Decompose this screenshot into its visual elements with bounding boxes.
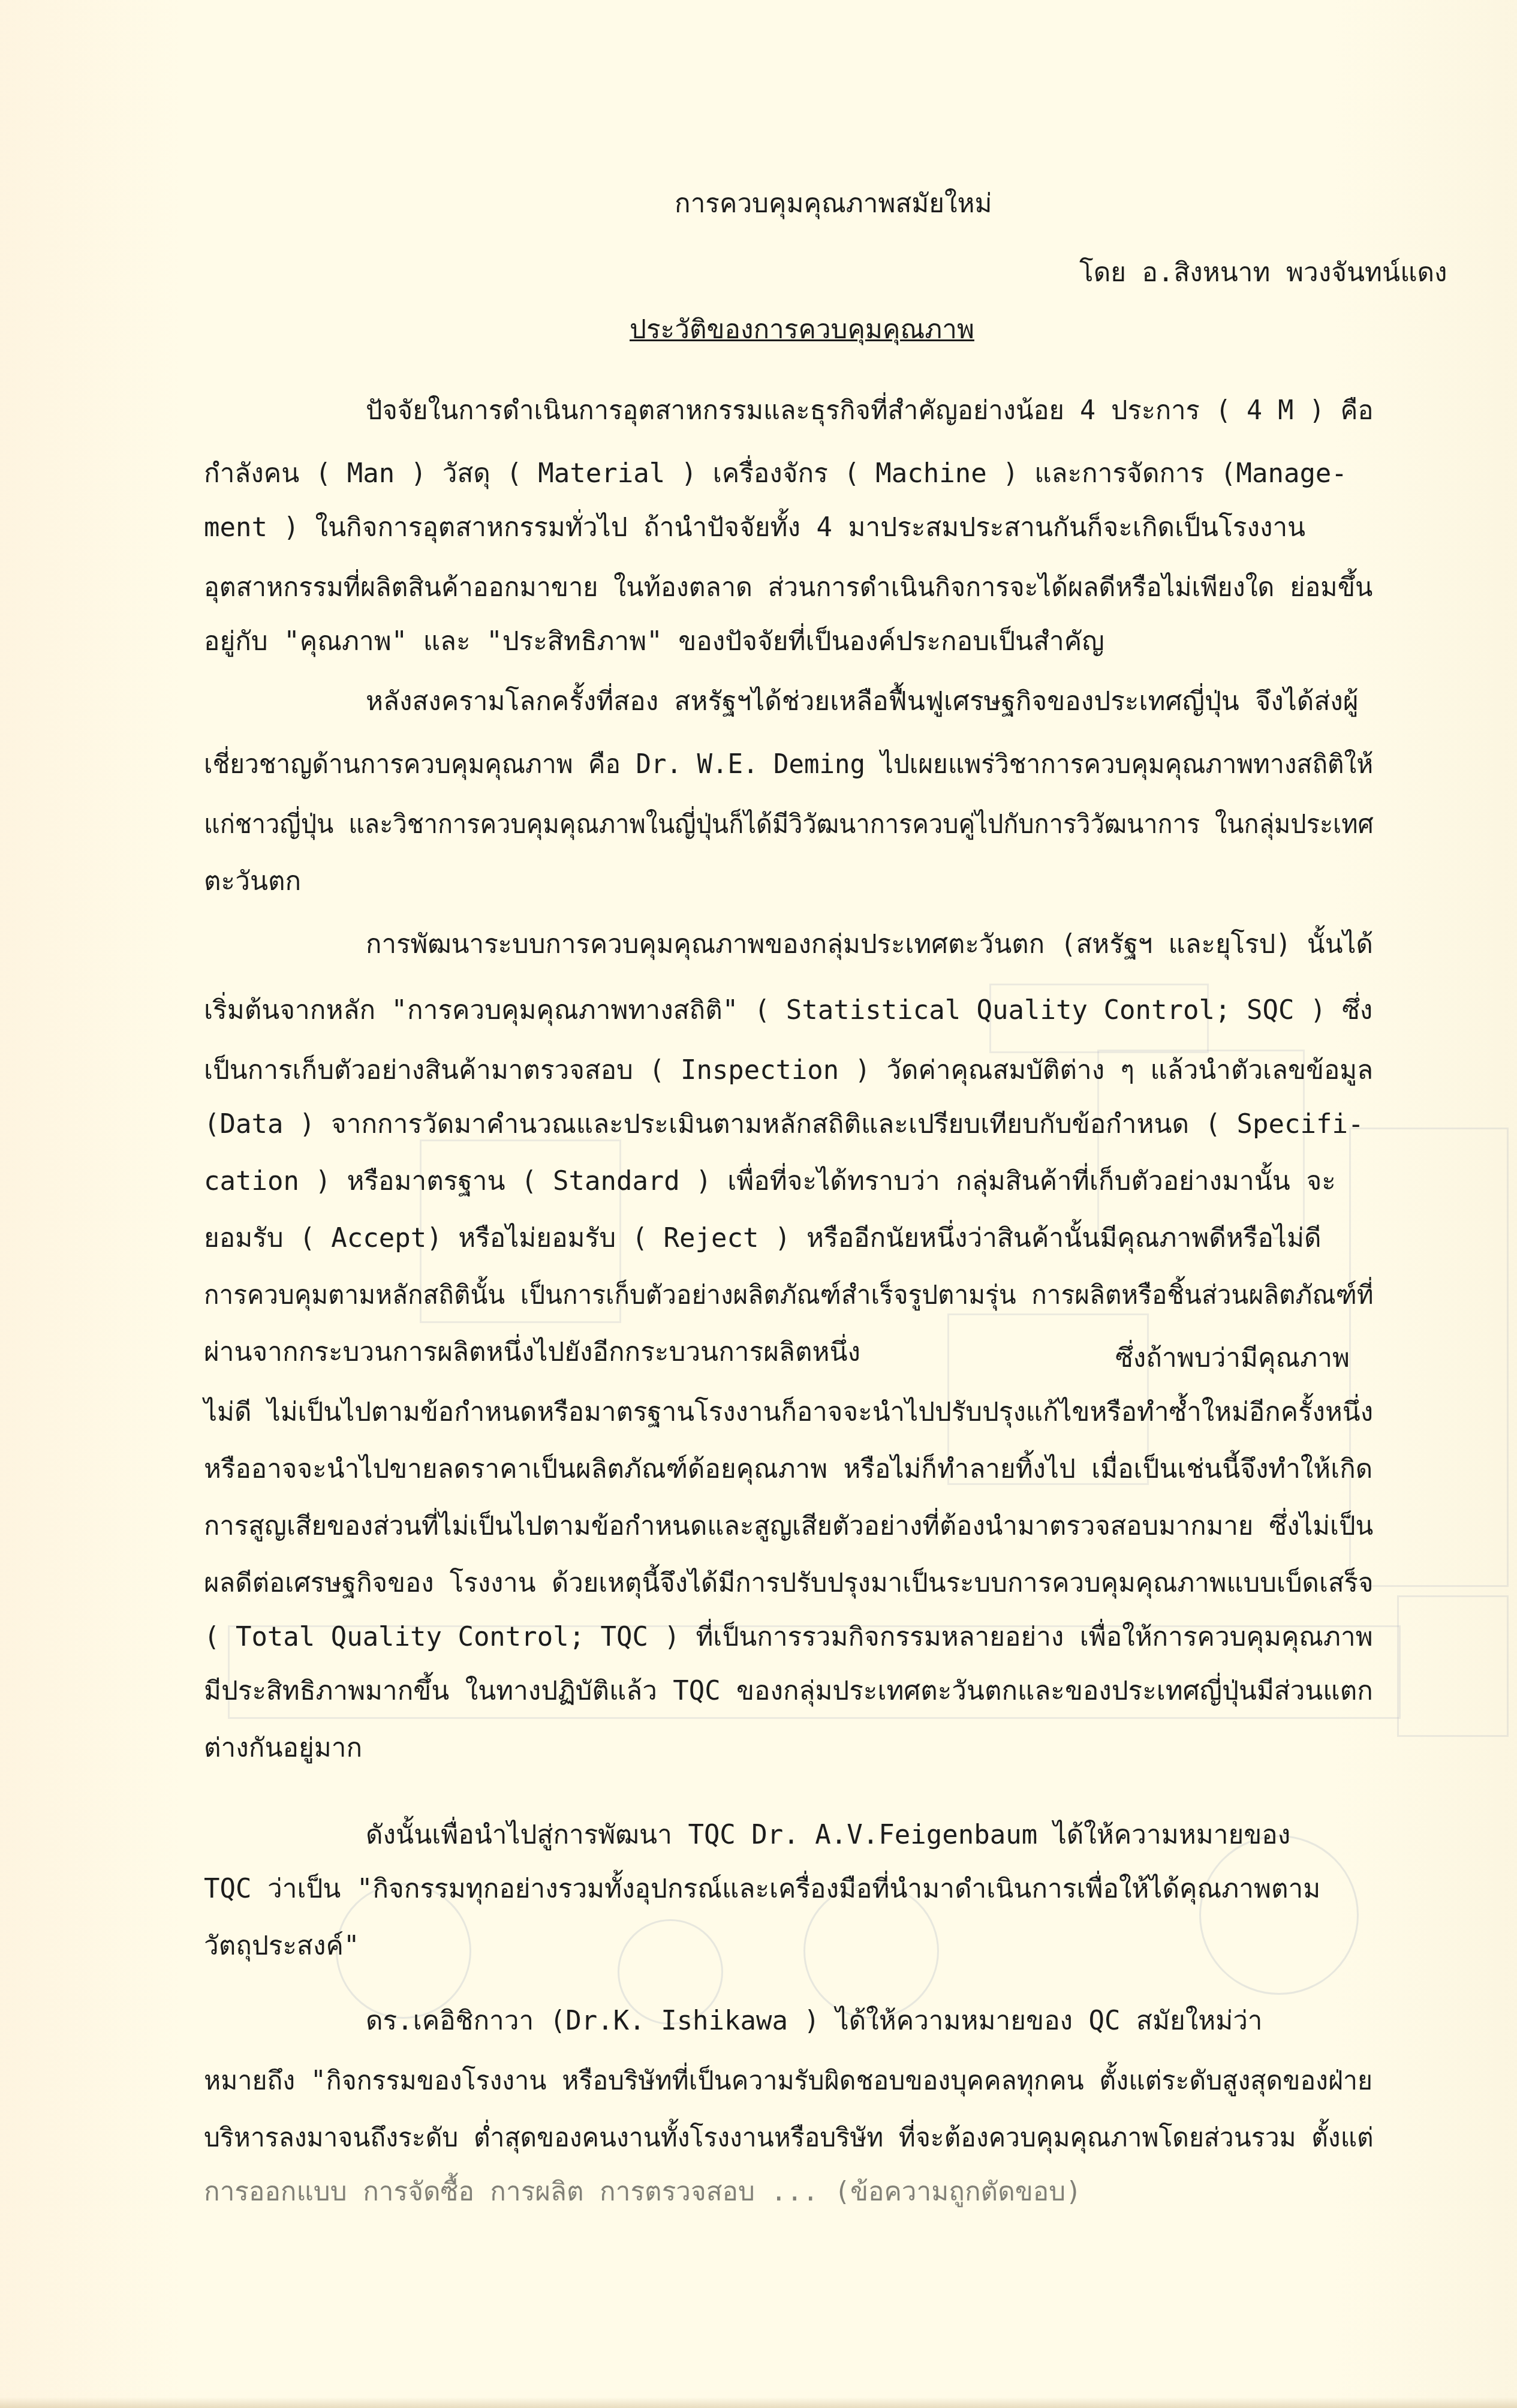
text-line: วัตถุประสงค์" bbox=[204, 1928, 359, 1964]
text-line: ซึ่งถ้าพบว่ามีคุณภาพ bbox=[1115, 1340, 1350, 1376]
author-line: โดย อ.สิงหนาท พวงจันทน์แดง bbox=[1079, 255, 1447, 291]
text-line: เป็นการเก็บตัวอย่างสินค้ามาตรวจสอบ ( Ins… bbox=[204, 1053, 1373, 1089]
text-line: การพัฒนาระบบการควบคุมคุณภาพของกลุ่มประเท… bbox=[366, 927, 1373, 963]
text-line: การควบคุมตามหลักสถิตินั้น เป็นการเก็บตัว… bbox=[204, 1277, 1374, 1313]
text-line: cation ) หรือมาตรฐาน ( Standard ) เพื่อท… bbox=[204, 1164, 1336, 1200]
text-line: อุตสาหกรรมที่ผลิตสินค้าออกมาขาย ในท้องตล… bbox=[204, 570, 1372, 606]
text-line: ผ่านจากกระบวนการผลิตหนึ่งไปยังอีกกระบวนก… bbox=[204, 1334, 860, 1370]
paper-bottom-edge bbox=[0, 2397, 1517, 2408]
section-heading: ประวัติของการควบคุมคุณภาพ bbox=[630, 312, 974, 348]
text-line: หมายถึง "กิจกรรมของโรงงาน หรือบริษัทที่เ… bbox=[204, 2063, 1372, 2099]
text-line: ปัจจัยในการดำเนินการอุตสาหกรรมและธุรกิจท… bbox=[366, 393, 1373, 429]
text-line: (Data ) จากการวัดมาคำนวณและประเมินตามหลั… bbox=[204, 1107, 1364, 1143]
text-line-cut-off: การออกแบบ การจัดซื้อ การผลิต การตรวจสอบ … bbox=[204, 2174, 1082, 2210]
text-line: อยู่กับ "คุณภาพ" และ "ประสิทธิภาพ" ของปั… bbox=[204, 624, 1104, 660]
document-title: การควบคุมคุณภาพสมัยใหม่ bbox=[675, 186, 992, 222]
text-line: การสูญเสียของส่วนที่ไม่เป็นไปตามข้อกำหนด… bbox=[204, 1508, 1373, 1544]
text-line: บริหารลงมาจนถึงระดับ ต่ำสุดของคนงานทั้งโ… bbox=[204, 2120, 1374, 2156]
text-line: ดร.เคอิชิกาวา (Dr.K. Ishikawa ) ได้ให้คว… bbox=[366, 2003, 1263, 2039]
text-line: แก่ชาวญี่ปุ่น และวิชาการควบคุมคุณภาพในญี… bbox=[204, 807, 1374, 843]
text-line: หลังสงครามโลกครั้งที่สอง สหรัฐฯได้ช่วยเห… bbox=[366, 684, 1359, 720]
text-line: ผลดีต่อเศรษฐกิจของ โรงงาน ด้วยเหตุนี้จึง… bbox=[204, 1565, 1374, 1601]
text-line: ตะวันตก bbox=[204, 864, 301, 900]
text-line: ment ) ในกิจการอุตสาหกรรมทั่วไป ถ้านำปัจ… bbox=[204, 510, 1305, 546]
text-line: ไม่ดี ไม่เป็นไปตามข้อกำหนดหรือมาตรฐานโรง… bbox=[204, 1394, 1373, 1430]
showthrough-box bbox=[1397, 1595, 1509, 1737]
text-line: TQC ว่าเป็น "กิจกรรมทุกอย่างรวมทั้งอุปกร… bbox=[204, 1871, 1320, 1907]
text-line: ต่างกันอยู่มาก bbox=[204, 1730, 362, 1766]
text-line: หรืออาจจะนำไปขายลดราคาเป็นผลิตภัณฑ์ด้อยค… bbox=[204, 1451, 1372, 1487]
text-line: เริ่มต้นจากหลัก "การควบคุมคุณภาพทางสถิติ… bbox=[204, 993, 1372, 1029]
showthrough-circle bbox=[1199, 1835, 1359, 1995]
text-line: ยอมรับ ( Accept) หรือไม่ยอมรับ ( Reject … bbox=[204, 1220, 1322, 1256]
text-line: มีประสิทธิภาพมากขึ้น ในทางปฏิบัติแล้ว TQ… bbox=[204, 1673, 1373, 1709]
text-line: เชี่ยวชาญด้านการควบคุมคุณภาพ คือ Dr. W.E… bbox=[204, 747, 1373, 783]
scanned-page: การควบคุมคุณภาพสมัยใหม่ โดย อ.สิงหนาท พว… bbox=[0, 0, 1517, 2408]
text-line: กำลังคน ( Man ) วัสดุ ( Material ) เครื่… bbox=[204, 456, 1347, 492]
text-line: ดังนั้นเพื่อนำไปสู่การพัฒนา TQC Dr. A.V.… bbox=[366, 1817, 1290, 1853]
text-line: ( Total Quality Control; TQC ) ที่เป็นกา… bbox=[204, 1619, 1373, 1655]
